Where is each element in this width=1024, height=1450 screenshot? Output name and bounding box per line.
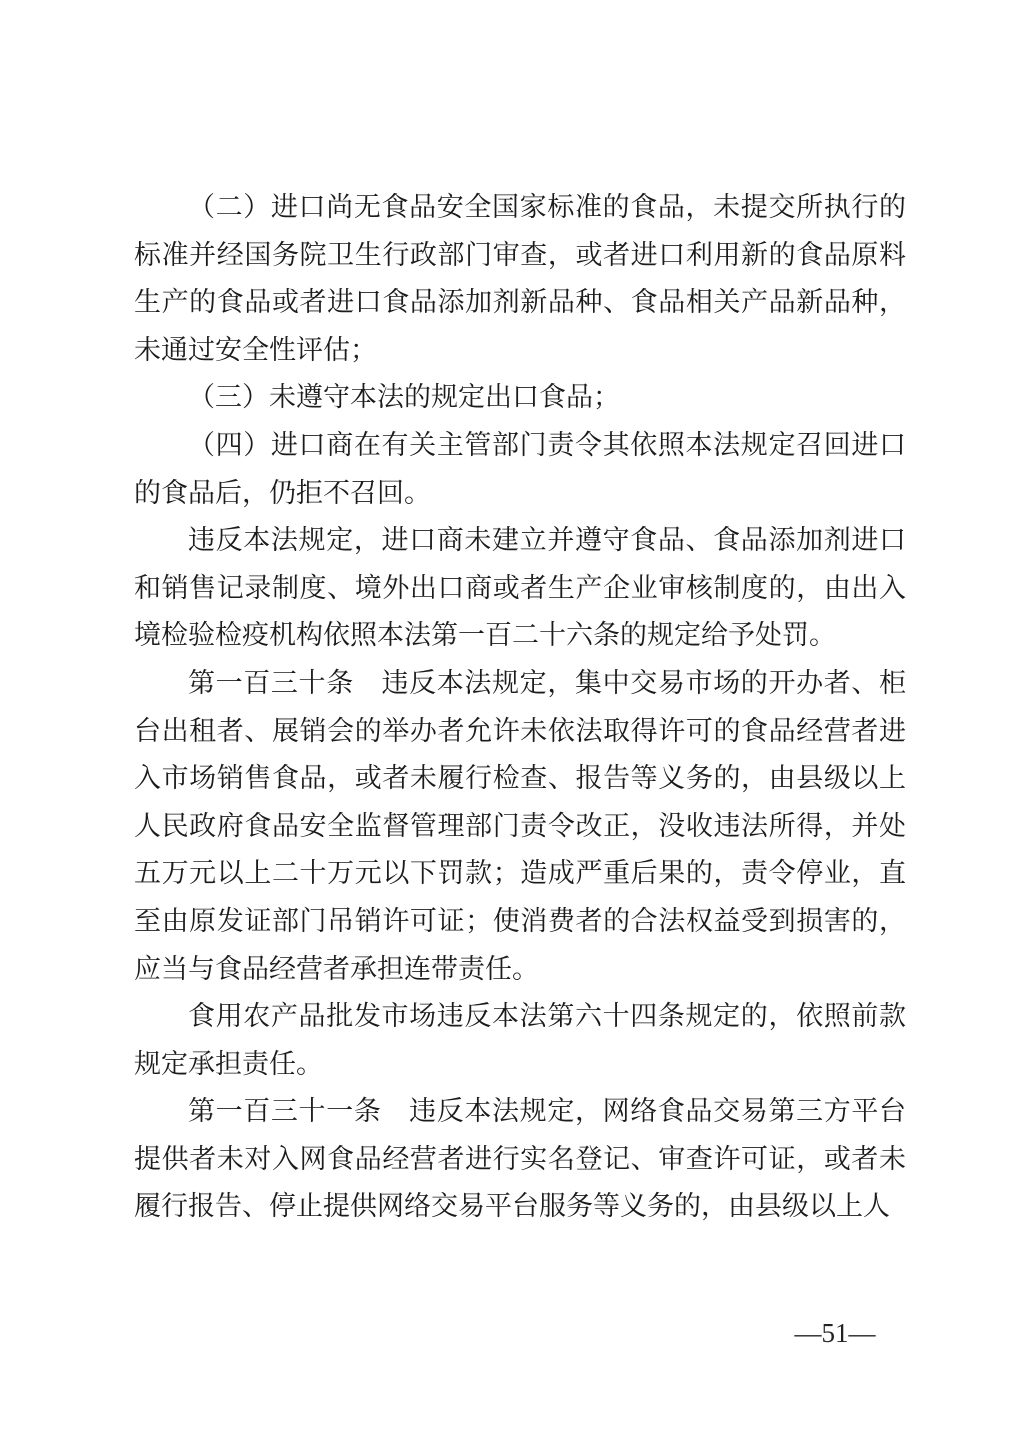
paragraph: 第一百三十一条 违反本法规定，网络食品交易第三方平台提供者未对入网食品经营者进行… [134, 1088, 906, 1231]
paragraph: 食用农产品批发市场违反本法第六十四条规定的，依照前款规定承担责任。 [134, 993, 906, 1088]
paragraph: （三）未遵守本法的规定出口食品； [134, 374, 906, 422]
page-number: —51— [760, 1318, 910, 1349]
document-page: （二）进口尚无食品安全国家标准的食品，未提交所执行的标准并经国务院卫生行政部门审… [0, 0, 1024, 1450]
paragraph: （二）进口尚无食品安全国家标准的食品，未提交所执行的标准并经国务院卫生行政部门审… [134, 184, 906, 374]
paragraph: 第一百三十条 违反本法规定，集中交易市场的开办者、柜台出租者、展销会的举办者允许… [134, 660, 906, 993]
paragraph: （四）进口商在有关主管部门责令其依照本法规定召回进口的食品后，仍拒不召回。 [134, 422, 906, 517]
paragraph: 违反本法规定，进口商未建立并遵守食品、食品添加剂进口和销售记录制度、境外出口商或… [134, 517, 906, 660]
document-body: （二）进口尚无食品安全国家标准的食品，未提交所执行的标准并经国务院卫生行政部门审… [134, 184, 906, 1231]
